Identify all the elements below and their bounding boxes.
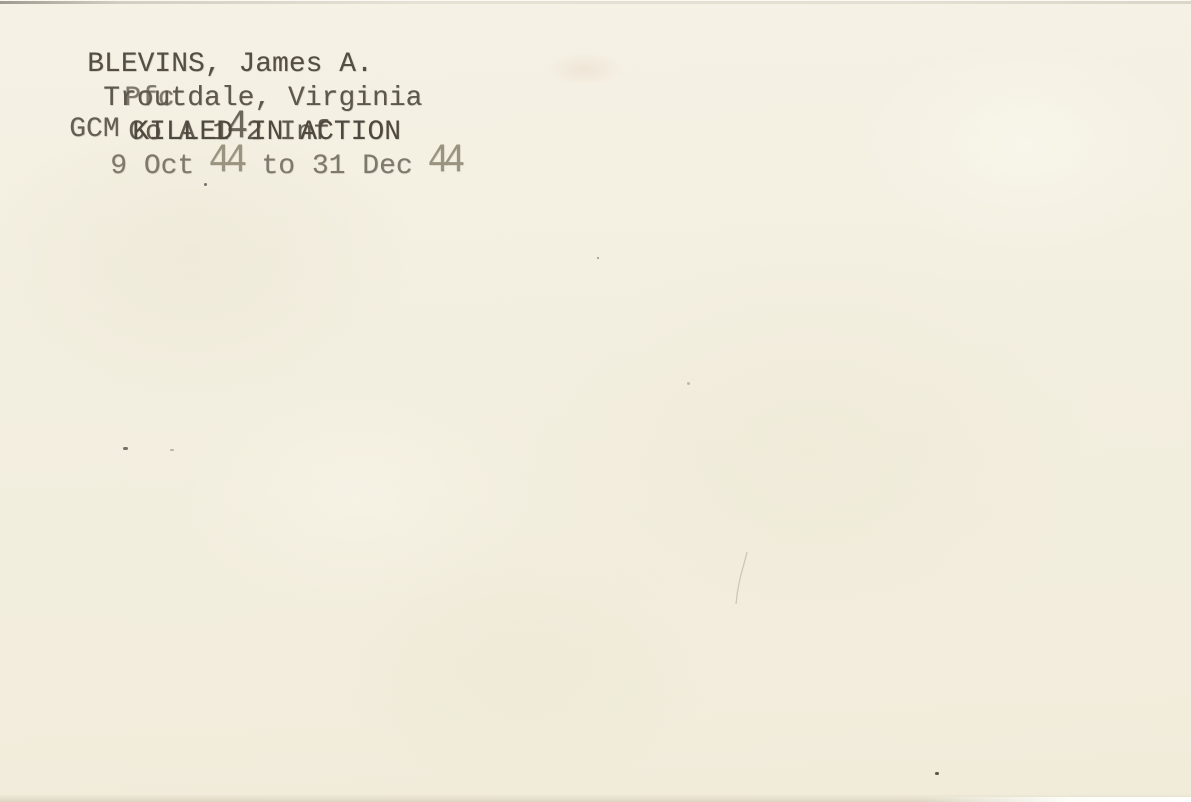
typewriter-four-glyph: 4 bbox=[444, 138, 466, 187]
paper-speck bbox=[935, 772, 939, 775]
faint-ink-smudge bbox=[545, 52, 625, 86]
paper-speck bbox=[170, 449, 174, 451]
residence: Troutdale, Virginia bbox=[103, 82, 422, 116]
paper-speck bbox=[123, 447, 128, 450]
scanned-index-card: BLEVINS, James A. Pfc Co A 142 Inf 9 Oct… bbox=[0, 0, 1191, 802]
paper-speck bbox=[597, 257, 599, 259]
card-line-3: GCM bbox=[2, 79, 120, 181]
paper-scratch bbox=[728, 548, 754, 608]
gcm-note: GCM bbox=[69, 113, 119, 147]
bottom-edge-scan-gap bbox=[921, 797, 1191, 802]
paper-speck bbox=[687, 382, 690, 385]
casualty-status: KILLED IN ACTION bbox=[132, 116, 401, 150]
top-edge-shadow bbox=[0, 1, 1191, 4]
paper-speck bbox=[204, 183, 207, 186]
